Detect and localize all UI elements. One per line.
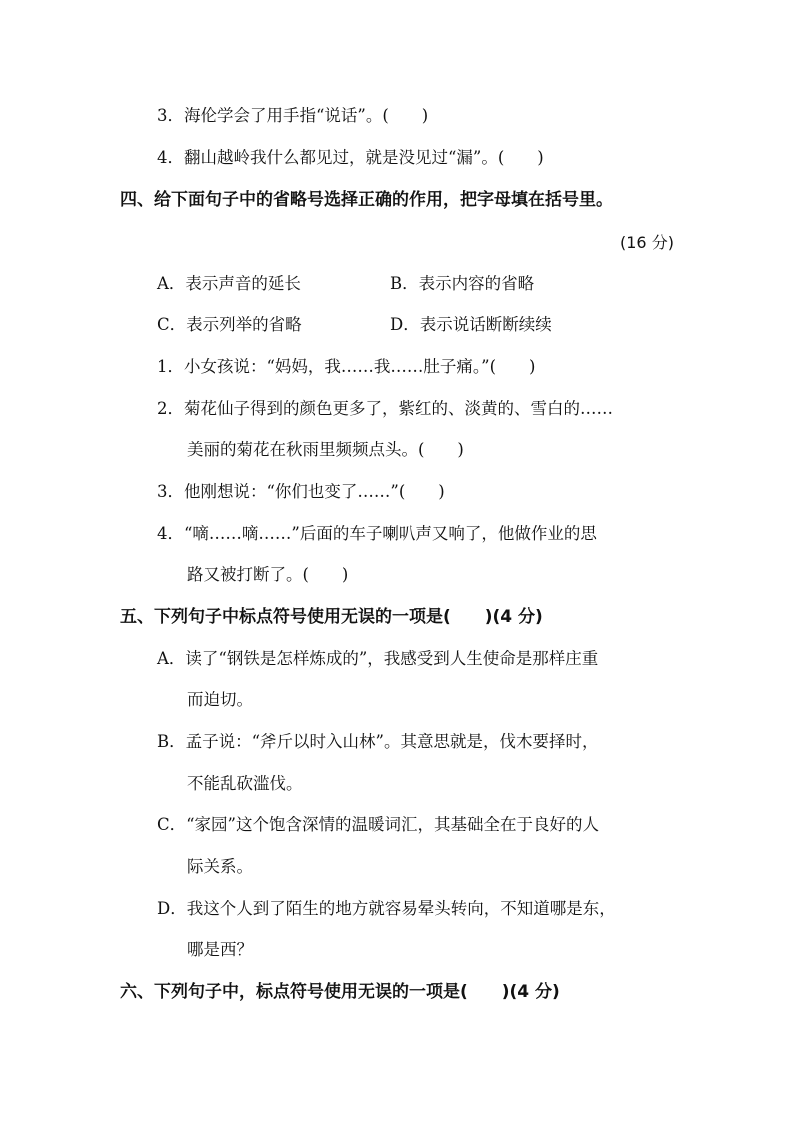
question-item: 4．“嘀……嘀……”后面的车子喇叭声又响了，他做作业的思 [157, 524, 597, 544]
question-item-continuation: 美丽的菊花在秋雨里频频点头。( ) [187, 440, 464, 460]
section-heading: 四、给下面句子中的省略号选择正确的作用，把字母填在括号里。 [120, 190, 613, 210]
option-item-continuation: 哪是西？ [187, 940, 253, 960]
option-item: C．表示列举的省略 [157, 315, 302, 335]
option-item: B．孟子说：“斧斤以时入山林”。其意思就是，伐木要择时， [157, 732, 599, 752]
option-item-continuation: 不能乱砍滥伐。 [187, 774, 303, 794]
question-item: 1．小女孩说：“妈妈，我……我……肚子痛。”( ) [157, 357, 536, 377]
question-item: 3．他刚想说：“你们也变了……”( ) [157, 482, 445, 502]
question-item: 4．翻山越岭我什么都见过，就是没见过“漏”。( ) [157, 148, 544, 168]
question-item: 2．菊花仙子得到的颜色更多了，紫红的、淡黄的、雪白的…… [157, 399, 613, 419]
question-item-continuation: 路又被打断了。( ) [187, 565, 348, 585]
section-heading: 五、下列句子中标点符号使用无误的一项是( )(4 分) [120, 607, 543, 627]
option-item-continuation: 而迫切。 [187, 690, 253, 710]
option-item: C．“家园”这个饱含深情的温暖词汇，其基础全在于良好的人 [157, 815, 599, 835]
option-item: B．表示内容的省略 [390, 274, 534, 294]
option-item: A．读了“钢铁是怎样炼成的”，我感受到人生使命是那样庄重 [157, 649, 598, 669]
option-item-continuation: 际关系。 [187, 857, 253, 877]
question-item: 3．海伦学会了用手指“说话”。( ) [157, 106, 428, 126]
option-item: D．表示说话断断续续 [390, 315, 552, 335]
option-item: D．我这个人到了陌生的地方就容易晕头转向，不知道哪是东， [157, 899, 616, 919]
section-heading: 六、下列句子中，标点符号使用无误的一项是( )(4 分) [120, 982, 560, 1002]
section-score: (16 分) [620, 233, 674, 253]
option-item: A．表示声音的延长 [157, 274, 301, 294]
